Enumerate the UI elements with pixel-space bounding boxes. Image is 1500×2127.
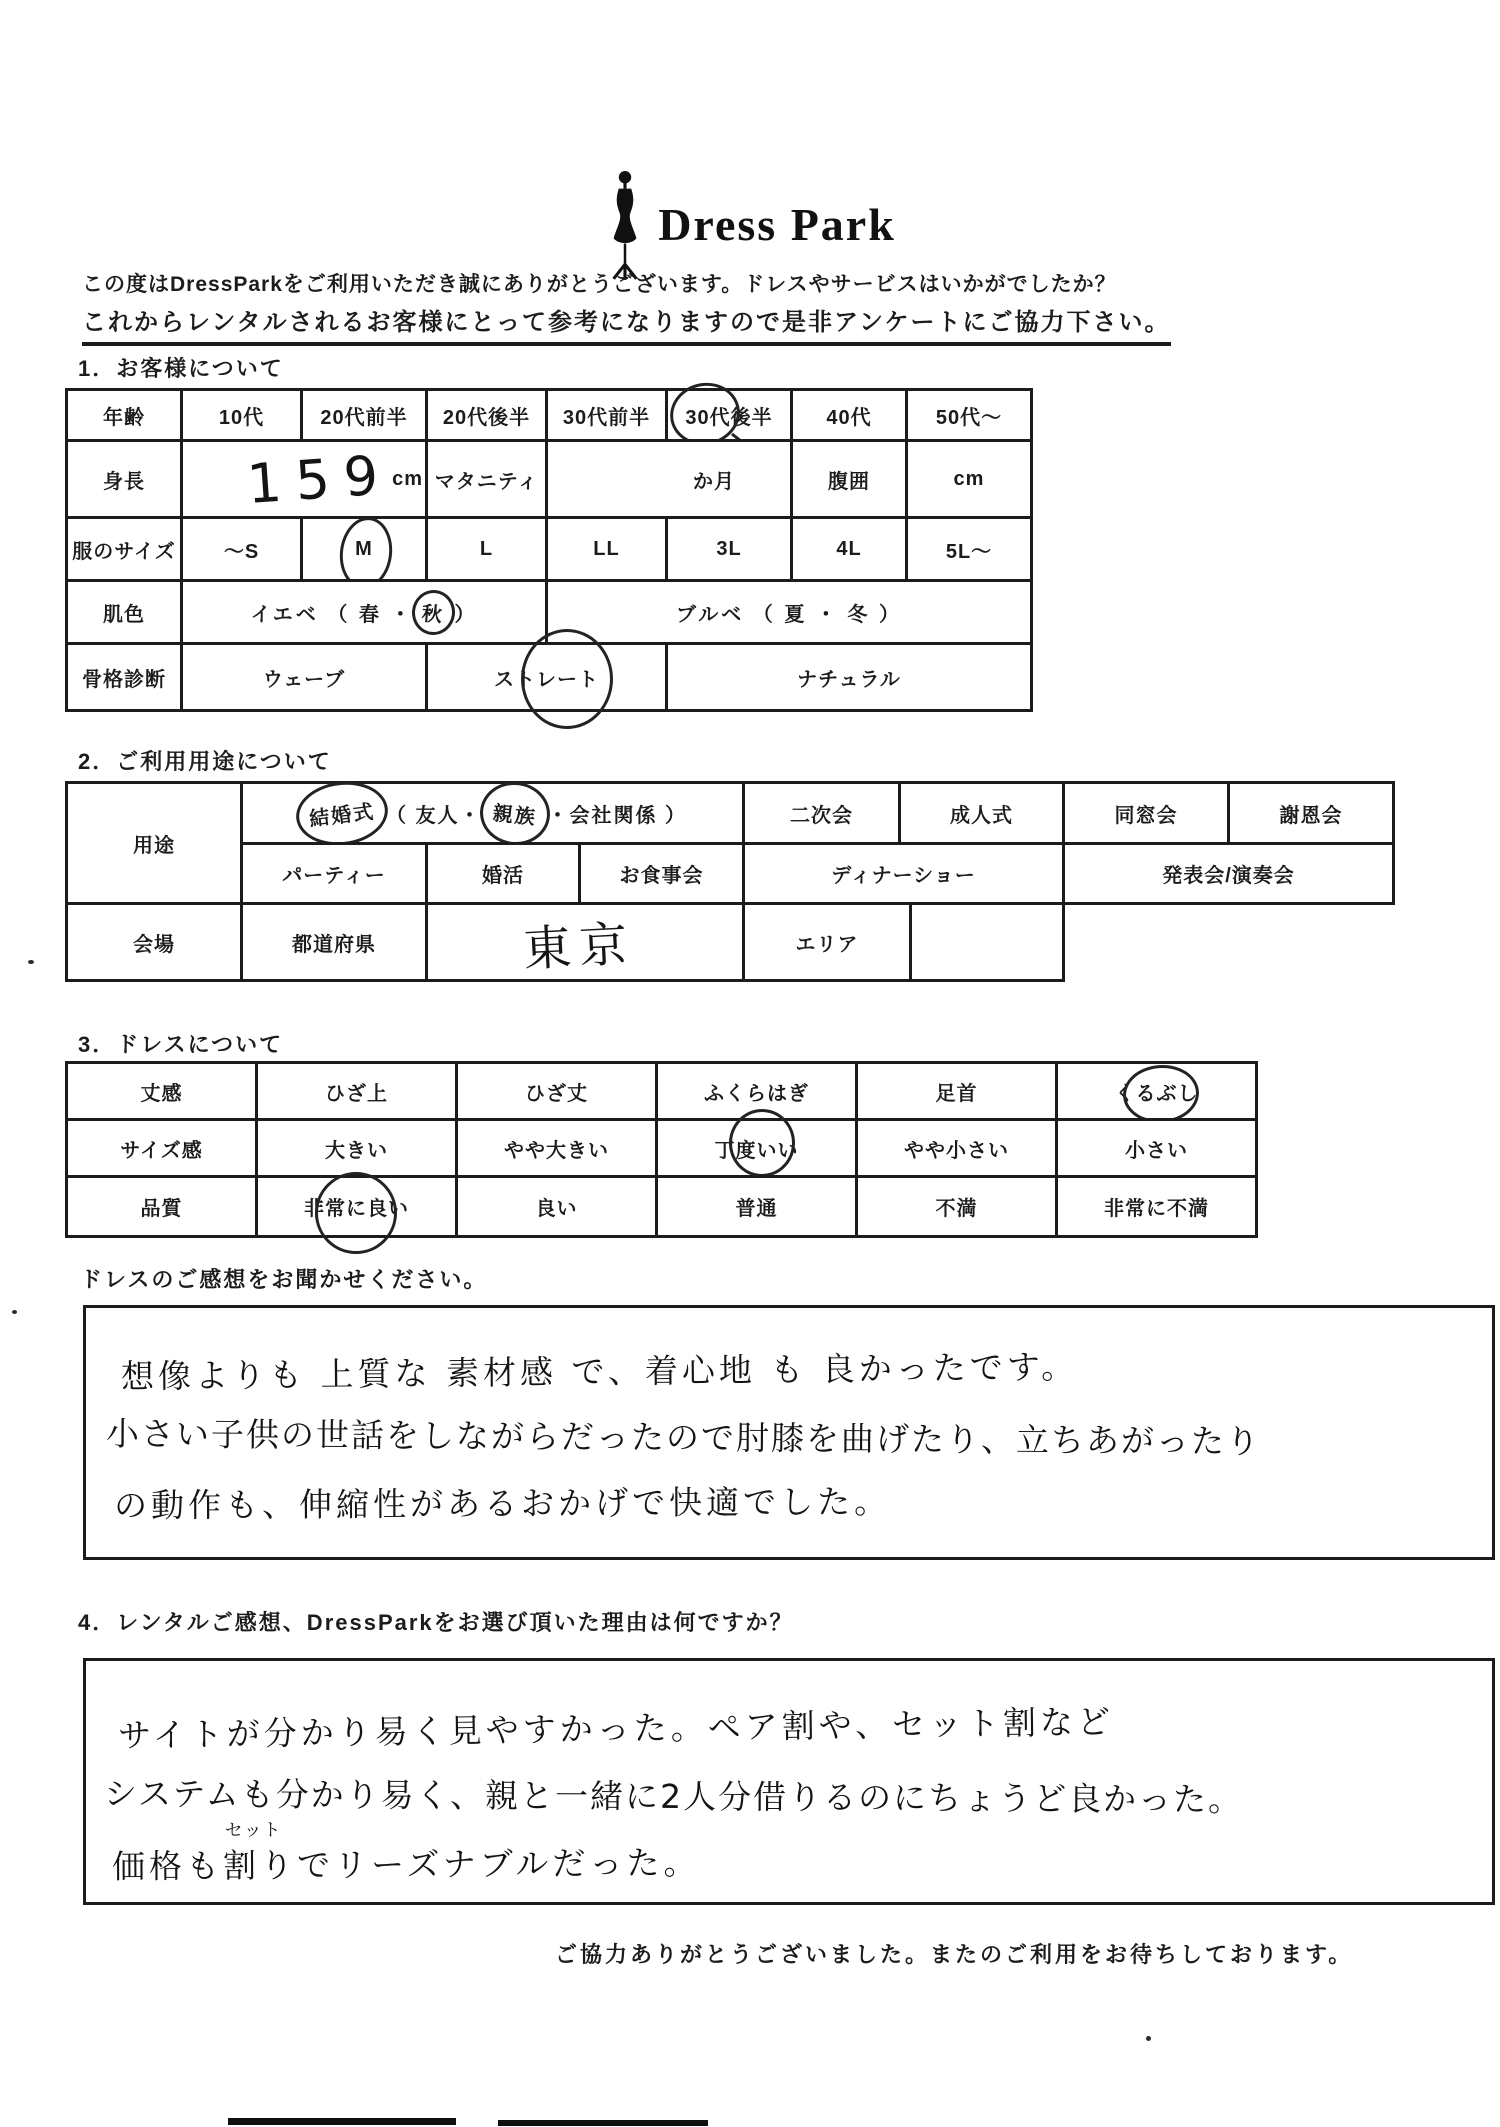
size-option-label: M [355, 538, 373, 561]
fit-label: サイズ感 [65, 1118, 258, 1178]
handwritten-comment-line: 小さい子供の世話をしながらだったので肘膝を曲げたり、立ちあがったり [106, 1408, 1261, 1463]
fit-option: 大きい [255, 1118, 458, 1178]
section1-title: 1．お客様について [78, 352, 284, 383]
waist-label: 腹囲 [790, 439, 908, 519]
fit-option-label: 丁度いい [715, 1134, 799, 1163]
scanned-survey-page: Dress Park この度はDressParkをご利用いただき誠にありがとうご… [0, 0, 1500, 2127]
dress-feedback-box: 想像よりも 上質な 素材感 で、着心地 も 良かったです。 小さい子供の世話をし… [83, 1305, 1495, 1560]
age-row: 年齢 10代 20代前半 20代後半 30代前半 30代後半 40代 50代～ [65, 388, 1033, 442]
length-option: 足首 [855, 1061, 1058, 1121]
quality-option: 非常に不満 [1055, 1175, 1258, 1238]
age-option: 20代後半 [425, 388, 548, 442]
prefecture-value-cell: 東京 [425, 902, 745, 982]
age-option: 30代前半 [545, 388, 668, 442]
scan-artifact [12, 1310, 17, 1314]
size-option: 4L [790, 516, 908, 582]
usage-option: お食事会 [578, 842, 745, 905]
skin-selected-autumn: 秋 [411, 588, 458, 637]
usage-option: ディナーショー [742, 842, 1065, 905]
area-label: エリア [742, 902, 912, 982]
height-label: 身長 [65, 439, 183, 519]
section2-title: 2．ご利用用途について [78, 745, 332, 776]
size-label: 服のサイズ [65, 516, 183, 582]
usage-option: 謝恩会 [1227, 781, 1395, 845]
skin-tone-row: 肌色 イエベ （ 春 ・ 秋 ） ブルベ （ 夏 ・ 冬 ） [65, 579, 1033, 645]
relative-circled: 親族 [476, 778, 552, 848]
price-comment-post: でリーズナブルだった。 [297, 1843, 701, 1885]
quality-option-selected: 非常に良い [255, 1175, 458, 1238]
scan-artifact [1146, 2036, 1151, 2041]
length-option-label: くるぶし [1115, 1077, 1199, 1106]
scan-artifact [228, 2118, 456, 2125]
intro-line-2: これからレンタルされるお客様にとって参考になりますので是非アンケートにご協力下さ… [82, 302, 1171, 346]
handwritten-comment-line: 想像よりも 上質な 素材感 で、着心地 も 良かったです。 [121, 1341, 1079, 1398]
handwritten-height-value: 159 [245, 443, 394, 516]
quality-option: 良い [455, 1175, 658, 1238]
maternity-label: マタニティ [425, 439, 548, 519]
quality-option-label: 非常に良い [304, 1192, 409, 1221]
wedding-end: ・会社関係 ） [548, 799, 688, 828]
prefecture-label: 都道府県 [240, 902, 428, 982]
age-option-label: 30代後半 [685, 401, 772, 430]
inserted-annotation: セット [225, 1816, 282, 1842]
usage-option: 発表会/演奏会 [1062, 842, 1395, 905]
handwritten-comment-line: 価格もセット割りでリーズナブルだった。 [112, 1837, 701, 1888]
usage-option: 婚活 [425, 842, 581, 905]
height-row: 身長 159 cm マタニティ か月 腹囲 cm [65, 439, 1033, 519]
wedding-mid: （ 友人・ [386, 799, 482, 828]
size-option: 5L～ [905, 516, 1033, 582]
maternity-months-label: か月 [545, 439, 793, 519]
length-label: 丈感 [65, 1061, 258, 1121]
brand-name: Dress Park [658, 198, 896, 251]
frame-option-selected: ストレート [425, 642, 668, 712]
length-row: 丈感 ひざ上 ひざ丈 ふくらはぎ 足首 くるぶし [65, 1061, 1258, 1121]
usage-row-2: パーティー 婚活 お食事会 ディナーショー 発表会/演奏会 [243, 842, 1395, 905]
fit-option: 小さい [1055, 1118, 1258, 1178]
venue-row: 会場 都道府県 東京 エリア [65, 902, 1395, 982]
quality-label: 品質 [65, 1175, 258, 1238]
age-option: 10代 [180, 388, 303, 442]
skin-warm-text: イエベ （ 春 ・ [251, 598, 414, 627]
usage-label: 用途 [65, 781, 243, 905]
usage-option: 成人式 [898, 781, 1065, 845]
length-option: ふくらはぎ [655, 1061, 858, 1121]
frame-option: ナチュラル [665, 642, 1033, 712]
section3-title: 3．ドレスについて [78, 1028, 283, 1059]
waist-unit: cm [905, 439, 1033, 519]
price-comment-pre: 価格も [112, 1846, 223, 1886]
size-option: ～S [180, 516, 303, 582]
price-comment-word: 割り [223, 1846, 297, 1886]
height-unit: cm [392, 468, 423, 491]
age-option: 50代～ [905, 388, 1033, 442]
frame-option: ウェーブ [180, 642, 428, 712]
reason-feedback-box: サイトが分かり易く見やすかった。ペア割や、セット割など システムも分かり易く、親… [83, 1658, 1495, 1905]
wedding-circled: 結婚式 [292, 776, 391, 850]
usage-option: 二次会 [742, 781, 901, 845]
brand-logo: Dress Park [0, 170, 1500, 284]
venue-label: 会場 [65, 902, 243, 982]
fit-option-selected: 丁度いい [655, 1118, 858, 1178]
handwritten-comment-line: の動作も、伸縮性があるおかげで快適でした。 [114, 1476, 891, 1527]
fit-row: サイズ感 大きい やや大きい 丁度いい やや小さい 小さい [65, 1118, 1258, 1178]
scan-artifact [498, 2120, 708, 2126]
scan-artifact [28, 960, 34, 964]
usage-option: 同窓会 [1062, 781, 1230, 845]
size-option: 3L [665, 516, 793, 582]
age-option: 20代前半 [300, 388, 428, 442]
dress-form-icon [604, 170, 646, 284]
usage-option-wedding: 結婚式 （ 友人・ 親族 ・会社関係 ） [240, 781, 745, 845]
intro-line-1: この度はDressParkをご利用いただき誠にありがとうございます。ドレスやサー… [82, 268, 1117, 298]
length-option: ひざ上 [255, 1061, 458, 1121]
skin-label: 肌色 [65, 579, 183, 645]
area-value-cell-empty [909, 902, 1065, 982]
skin-warm-option: イエベ （ 春 ・ 秋 ） [180, 579, 548, 645]
customer-table: 年齢 10代 20代前半 20代後半 30代前半 30代後半 40代 50代～ … [65, 388, 1033, 712]
usage-group: 用途 結婚式 （ 友人・ 親族 ・会社関係 ） 二次会 成人式 同窓会 謝恩会 … [65, 781, 1395, 905]
handwritten-comment-line: システムも分かり易く、親と一緒に2人分借りるのにちょうど良かった。 [104, 1768, 1243, 1821]
size-option: LL [545, 516, 668, 582]
annotated-word: セット割り [223, 1840, 297, 1888]
section4-title: 4．レンタルご感想、DressParkをお選び頂いた理由は何ですか？ [78, 1606, 794, 1637]
usage-table: 用途 結婚式 （ 友人・ 親族 ・会社関係 ） 二次会 成人式 同窓会 謝恩会 … [65, 781, 1395, 982]
size-option-selected: M [300, 516, 428, 582]
closing-message: ご協力ありがとうございました。またのご利用をお待ちしております。 [555, 1938, 1353, 1969]
height-value-cell: 159 cm [180, 439, 428, 519]
size-option: L [425, 516, 548, 582]
age-label: 年齢 [65, 388, 183, 442]
dress-table: 丈感 ひざ上 ひざ丈 ふくらはぎ 足首 くるぶし サイズ感 大きい やや大きい … [65, 1061, 1258, 1238]
frame-label: 骨格診断 [65, 642, 183, 712]
age-option: 40代 [790, 388, 908, 442]
skin-cool-option: ブルベ （ 夏 ・ 冬 ） [545, 579, 1033, 645]
usage-options-stack: 結婚式 （ 友人・ 親族 ・会社関係 ） 二次会 成人式 同窓会 謝恩会 パーテ… [243, 781, 1395, 905]
usage-option: パーティー [240, 842, 428, 905]
fit-option: やや小さい [855, 1118, 1058, 1178]
size-row: 服のサイズ ～S M L LL 3L 4L 5L～ [65, 516, 1033, 582]
age-option-selected: 30代後半 [665, 388, 793, 442]
quality-option: 不満 [855, 1175, 1058, 1238]
length-option-selected: くるぶし [1055, 1061, 1258, 1121]
usage-row-1: 結婚式 （ 友人・ 親族 ・会社関係 ） 二次会 成人式 同窓会 謝恩会 [243, 781, 1395, 845]
quality-option: 普通 [655, 1175, 858, 1238]
fit-option: やや大きい [455, 1118, 658, 1178]
dress-feedback-prompt: ドレスのご感想をお聞かせください。 [80, 1263, 487, 1294]
frame-option-label: ストレート [494, 663, 599, 692]
length-option: ひざ丈 [455, 1061, 658, 1121]
frame-row: 骨格診断 ウェーブ ストレート ナチュラル [65, 642, 1033, 712]
skin-warm-close: ） [454, 598, 477, 627]
handwritten-comment-line: サイトが分かり易く見やすかった。ペア割や、セット割など [118, 1696, 1115, 1757]
handwritten-prefecture-value: 東京 [521, 905, 636, 980]
quality-row: 品質 非常に良い 良い 普通 不満 非常に不満 [65, 1175, 1258, 1238]
